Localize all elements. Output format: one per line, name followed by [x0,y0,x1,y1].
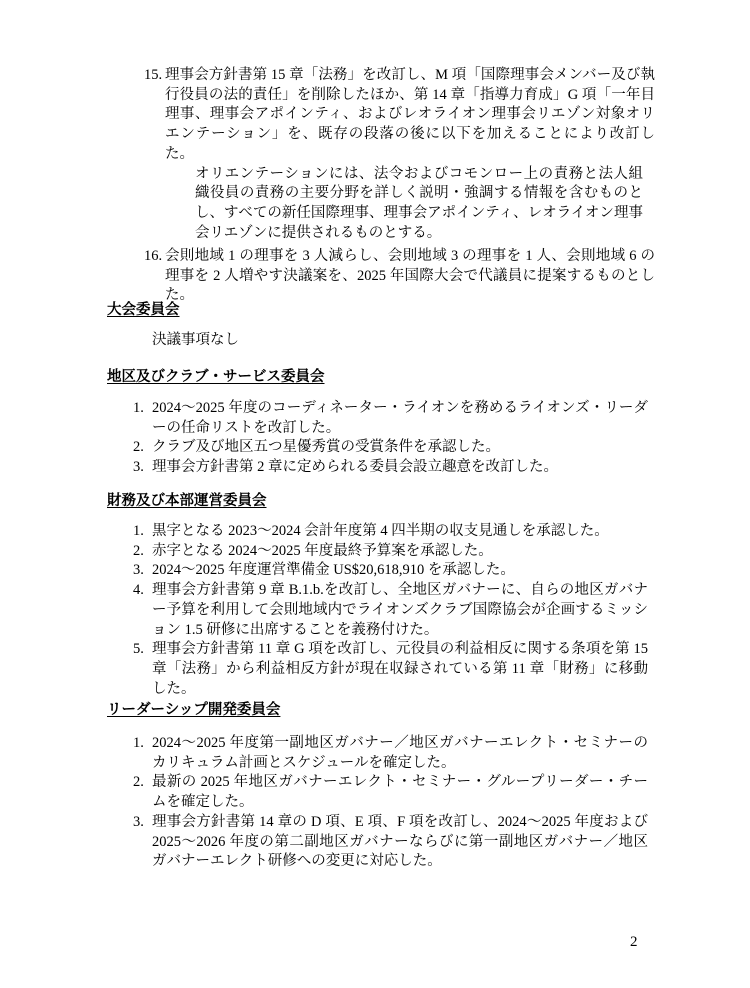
finance-hq-operations-list: 1.黒字となる 2023～2024 会計年度第 4 四半期の収支見通しを承認した… [0,522,750,699]
leadership-development-list: 1.2024～2025 年度第一副地区ガバナー／地区ガバナーエレクト・セミナーの… [0,734,750,872]
section-heading-convention-committee: 大会委員会 [107,301,180,321]
board-resolutions-block: 15.理事会方針書第 15 章「法務」を改訂し、M 項「国際理事会メンバー及び執… [0,66,750,306]
list-item-text: 赤字となる 2024～2025 年度最終予算案を承認した。 [152,543,493,559]
board-item-15-text: 理事会方針書第 15 章「法務」を改訂し、M 項「国際理事会メンバー及び執行役員… [165,67,655,162]
list-item-text: 理事会方針書第 9 章 B.1.b.を改訂し、全地区ガバナーに、自らの地区ガバナ… [152,582,648,637]
page-number: 2 [630,933,638,953]
no-resolutions-note: 決議事項なし [152,331,239,351]
list-item-number: 1. [133,399,144,419]
list-item: 1.2024～2025 年度第一副地区ガバナー／地区ガバナーエレクト・セミナーの… [152,734,648,773]
list-item-number: 2. [133,773,144,793]
list-item-text: 2024～2025 年度第一副地区ガバナー／地区ガバナーエレクト・セミナーのカリ… [152,735,648,771]
list-item-text: 2024～2025 年度のコーディネーター・ライオンを務めるライオンズ・リーダー… [152,400,648,436]
list-item-number: 3. [133,813,144,833]
list-item-text: 理事会方針書第 2 章に定められる委員会設立趣意を改訂した。 [152,459,558,475]
list-item-number: 5. [133,640,144,660]
section-heading-finance-hq-operations-committee: 財務及び本部運営委員会 [107,492,267,512]
list-item-number: 4. [133,581,144,601]
list-item-number: 1. [133,734,144,754]
list-item: 3.理事会方針書第 14 章の D 項、E 項、F 項を改訂し、2024～202… [152,813,648,872]
list-item: 2.赤字となる 2024～2025 年度最終予算案を承認した。 [152,542,648,562]
list-item: 3.理事会方針書第 2 章に定められる委員会設立趣意を改訂した。 [152,458,648,478]
section-heading-leadership-development-committee: リーダーシップ開発委員会 [107,701,280,721]
list-item: 5.理事会方針書第 11 章 G 項を改訂し、元役員の利益相反に関する条項を第 … [152,640,648,699]
list-item-number: 1. [133,522,144,542]
board-item-15-number: 15. [144,66,162,86]
list-item-text: 最新の 2025 年地区ガバナーエレクト・セミナー・グループリーダー・チームを確… [152,774,648,810]
list-item: 2.クラブ及び地区五つ星優秀賞の受賞条件を承認した。 [152,438,648,458]
board-item-16: 16.会則地域 1 の理事を 3 人減らし、会則地域 3 の理事を 1 人、会則… [165,247,655,306]
list-item-number: 3. [133,561,144,581]
list-item: 1.2024～2025 年度のコーディネーター・ライオンを務めるライオンズ・リー… [152,399,648,438]
list-item-number: 2. [133,542,144,562]
board-item-15: 15.理事会方針書第 15 章「法務」を改訂し、M 項「国際理事会メンバー及び執… [165,66,655,165]
document-page: 15.理事会方針書第 15 章「法務」を改訂し、M 項「国際理事会メンバー及び執… [0,0,750,988]
section-heading-district-club-service-committee: 地区及びクラブ・サービス委員会 [107,368,325,388]
list-item-text: 黒字となる 2023～2024 会計年度第 4 四半期の収支見通しを承認した。 [152,523,609,539]
district-club-service-list: 1.2024～2025 年度のコーディネーター・ライオンを務めるライオンズ・リー… [0,399,750,478]
list-item: 2.最新の 2025 年地区ガバナーエレクト・セミナー・グループリーダー・チーム… [152,773,648,812]
list-item-text: 2024～2025 年度運営準備金 US$20,618,910 を承認した。 [152,562,515,578]
list-item: 1.黒字となる 2023～2024 会計年度第 4 四半期の収支見通しを承認した… [152,522,648,542]
list-item-number: 2. [133,438,144,458]
list-item: 4.理事会方針書第 9 章 B.1.b.を改訂し、全地区ガバナーに、自らの地区ガ… [152,581,648,640]
list-item-number: 3. [133,458,144,478]
list-item-text: 理事会方針書第 11 章 G 項を改訂し、元役員の利益相反に関する条項を第 15… [152,641,648,696]
board-item-15-quote: オリエンテーションには、法令およびコモンロー上の責務と法人組織役員の責務の主要分… [195,165,643,244]
list-item: 3.2024～2025 年度運営準備金 US$20,618,910 を承認した。 [152,561,648,581]
list-item-text: クラブ及び地区五つ星優秀賞の受賞条件を承認した。 [152,439,500,455]
list-item-text: 理事会方針書第 14 章の D 項、E 項、F 項を改訂し、2024～2025 … [152,814,648,869]
board-item-16-number: 16. [144,247,162,267]
board-item-16-text: 会則地域 1 の理事を 3 人減らし、会則地域 3 の理事を 1 人、会則地域 … [165,248,655,303]
